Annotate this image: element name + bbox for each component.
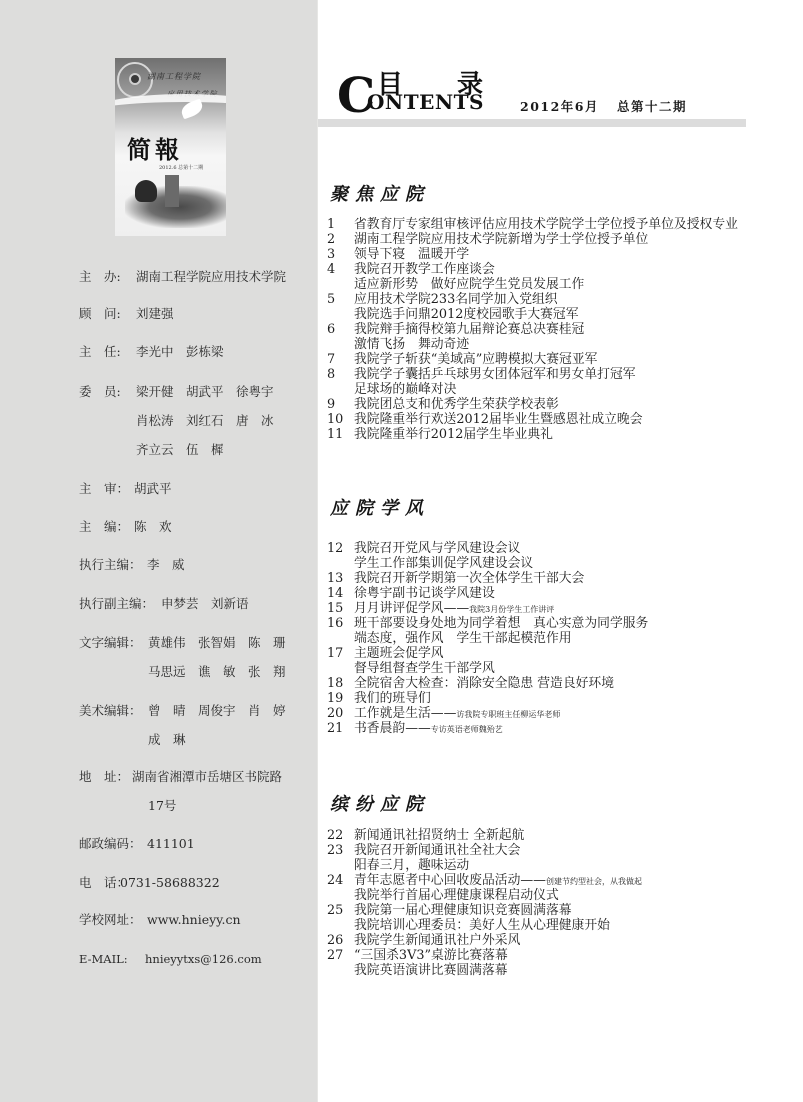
- toc-item[interactable]: 4我院召开教学工作座谈会: [327, 262, 787, 277]
- toc-item[interactable]: 足球场的巅峰对决: [327, 382, 787, 397]
- masthead-row: 文字编辑：黄雄伟 张智娟 陈 珊: [79, 637, 286, 650]
- toc-list-study-style: 12我院召开党风与学风建设会议 学生工作部集训促学风建设会议 13我院召开新学期…: [327, 541, 787, 736]
- toc-item[interactable]: 我院培训心理委员：美好人生从心理健康开始: [327, 918, 787, 933]
- toc-item[interactable]: 我院英语演讲比赛圆满落幕: [327, 963, 787, 978]
- toc-item[interactable]: 12我院召开党风与学风建设会议: [327, 541, 787, 556]
- masthead-row: 主 办:湖南工程学院应用技术学院: [79, 271, 286, 284]
- toc-item[interactable]: 11我院隆重举行2012届学生毕业典礼: [327, 427, 787, 442]
- school-emblem-icon: [129, 73, 141, 85]
- cover-issue: 2012.6 总第十二期: [159, 164, 203, 171]
- logo-title-en: ONTENTS: [367, 90, 484, 114]
- toc-item[interactable]: 13我院召开新学期第一次全体学生干部大会: [327, 571, 787, 586]
- toc-item[interactable]: 5应用技术学院233名同学加入党组织: [327, 292, 787, 307]
- masthead-row: 马思远 谯 敏 张 翔: [79, 666, 286, 679]
- toc-item[interactable]: 20工作就是生活——访我院专职班主任柳运华老师: [327, 706, 787, 721]
- toc-item[interactable]: 27“三国杀3V3”桌游比赛落幕: [327, 948, 787, 963]
- toc-item[interactable]: 23我院召开新闻通讯社全社大会: [327, 843, 787, 858]
- toc-item[interactable]: 25我院第一届心理健康知识竞赛圆满落幕: [327, 903, 787, 918]
- masthead-row: 执行主编：李 威: [79, 559, 185, 572]
- masthead-row: 美术编辑：曾 晴 周俊宇 肖 婷: [79, 705, 286, 718]
- masthead-row: E-MAIL: hnieyytxs@126.com: [79, 954, 262, 966]
- contents-logo: C 目 录 ONTENTS: [337, 68, 482, 118]
- masthead-row: 主 审：胡武平: [79, 483, 172, 496]
- header-divider-band: [318, 119, 746, 127]
- masthead-row: 学校网址：www.hnieyy.cn: [79, 914, 241, 927]
- issue-info: 2012年6月总第十二期: [520, 97, 687, 115]
- toc-list-focus: 1省教育厅专家组审核评估应用技术学院学士学位授予单位及授权专业 2湖南工程学院应…: [327, 217, 787, 442]
- masthead-sidebar: 湖南工程学院 应用技术学院 简報 2012.6 总第十二期 主 办:湖南工程学院…: [0, 0, 318, 1102]
- issue-date: 2012年6月: [520, 99, 599, 114]
- toc-item[interactable]: 6我院辩手摘得校第九届辩论赛总决赛桂冠: [327, 322, 787, 337]
- toc-item[interactable]: 7我院学子斩获“美域高”应聘模拟大赛冠亚军: [327, 352, 787, 367]
- cover-swoosh-decoration: [115, 94, 226, 134]
- masthead-row: 地 址：湖南省湘潭市岳塘区书院路: [79, 771, 282, 784]
- toc-item[interactable]: 督导组督查学生干部学风: [327, 661, 787, 676]
- toc-item[interactable]: 15月月讲评促学风——我院3月份学生工作讲评: [327, 601, 787, 616]
- toc-item[interactable]: 22新闻通讯社招贤纳士 全新起航: [327, 828, 787, 843]
- toc-list-colorful: 22新闻通讯社招贤纳士 全新起航 23我院召开新闻通讯社全社大会 阳春三月，趣味…: [327, 828, 787, 978]
- section-title-colorful: 缤纷应院: [330, 790, 430, 816]
- toc-item[interactable]: 16班干部要设身处地为同学着想 真心实意为同学服务: [327, 616, 787, 631]
- section-title-focus: 聚焦应院: [330, 180, 430, 206]
- website-link[interactable]: www.hnieyy.cn: [147, 914, 241, 927]
- monument-image: [165, 175, 179, 207]
- toc-item[interactable]: 14徐粤宇副书记谈学风建设: [327, 586, 787, 601]
- toc-item[interactable]: 10我院隆重举行欢送2012届毕业生暨感恩社成立晚会: [327, 412, 787, 427]
- masthead-row: 主 编：陈 欢: [79, 521, 172, 534]
- section-title-study-style: 应院学风: [330, 494, 430, 520]
- cover-thumbnail: 湖南工程学院 应用技术学院 简報 2012.6 总第十二期: [115, 58, 226, 236]
- toc-item[interactable]: 26我院学生新闻通讯社户外采风: [327, 933, 787, 948]
- toc-item[interactable]: 17主题班会促学风: [327, 646, 787, 661]
- issue-number: 总第十二期: [617, 99, 687, 114]
- toc-item[interactable]: 2湖南工程学院应用技术学院新增为学士学位授予单位: [327, 232, 787, 247]
- pine-tree-image: [135, 180, 157, 202]
- masthead-row: 17号: [79, 800, 176, 813]
- masthead-row: 成 琳: [79, 734, 186, 747]
- toc-item[interactable]: 3领导下寝 温暖开学: [327, 247, 787, 262]
- toc-item[interactable]: 9我院团总支和优秀学生荣获学校表彰: [327, 397, 787, 412]
- masthead-row: 顾 问:刘建强: [79, 308, 174, 321]
- toc-item[interactable]: 适应新形势 做好应院学生党员发展工作: [327, 277, 787, 292]
- masthead-row: 齐立云 伍 樨: [79, 444, 224, 457]
- masthead-row: 委 员:梁开健 胡武平 徐粤宇: [79, 386, 274, 399]
- toc-item[interactable]: 21书香晨韵——专访英语老师魏殆艺: [327, 721, 787, 736]
- email-link[interactable]: hnieyytxs@126.com: [145, 954, 262, 966]
- toc-item[interactable]: 19我们的班导们: [327, 691, 787, 706]
- toc-item[interactable]: 我院选手问鼎2012度校园歌手大赛冠军: [327, 307, 787, 322]
- toc-item[interactable]: 18全院宿舍大检查：消除安全隐患 营造良好环境: [327, 676, 787, 691]
- masthead-row: 电 话：0731-58688322: [79, 877, 220, 890]
- masthead-row: 执行副主编：申梦芸 刘新语: [79, 598, 249, 611]
- masthead-row: 主 任:李光中 彭栋梁: [79, 346, 224, 359]
- toc-item[interactable]: 阳春三月，趣味运动: [327, 858, 787, 873]
- toc-item[interactable]: 24青年志愿者中心回收废品活动——创建节约型社会，从我做起: [327, 873, 787, 888]
- toc-item[interactable]: 激情飞扬 舞动奇迹: [327, 337, 787, 352]
- cover-school-name: 湖南工程学院: [147, 71, 201, 82]
- toc-item[interactable]: 端态度，强作风 学生干部起模范作用: [327, 631, 787, 646]
- toc-item[interactable]: 学生工作部集训促学风建设会议: [327, 556, 787, 571]
- cover-title: 简報: [127, 130, 183, 165]
- toc-item[interactable]: 8我院学子囊括乒乓球男女团体冠军和男女单打冠军: [327, 367, 787, 382]
- toc-item[interactable]: 我院举行首届心理健康课程启动仪式: [327, 888, 787, 903]
- toc-item[interactable]: 1省教育厅专家组审核评估应用技术学院学士学位授予单位及授权专业: [327, 217, 787, 232]
- masthead-row: 邮政编码：411101: [79, 838, 195, 851]
- masthead-row: 肖松涛 刘红石 唐 冰: [79, 415, 274, 428]
